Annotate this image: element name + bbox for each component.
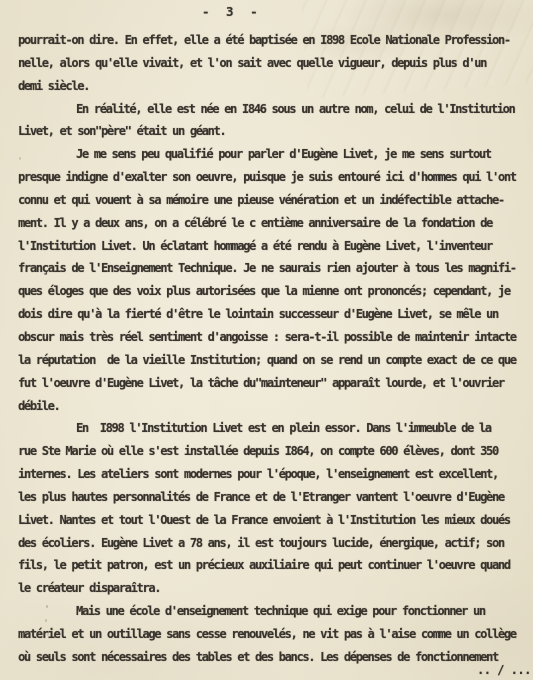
text-line: le créateur disparaîtra. [18,581,528,604]
text-line: des écoliers. Eugène Livet a 78 ans, il … [18,536,528,559]
text-line: Je me sens peu qualifié pour parler d'Eu… [18,147,528,170]
text-line: Livet. Nantes et tout l'Ouest de la Fran… [18,513,528,536]
text-line: nelle, alors qu'elle vivait, et l'on sai… [18,56,528,79]
text-line: où seuls sont nécessaires des tables et … [18,650,528,673]
page-number: - 3 - [202,4,262,19]
text-line: français de l'Enseignement Technique. Je… [18,261,528,284]
text-line: ques éloges que des voix plus autorisées… [18,284,528,307]
text-line: ment. Il y a deux ans, on a célébré le c… [18,216,528,239]
scanned-document-page: - 3 - pourrait-on dire. En effet, elle a… [0,0,533,680]
text-line: la réputation de la vieille Institution;… [18,353,528,376]
text-line: dois dire qu'à la fierté d'être le loint… [18,307,528,330]
text-line: rue Ste Marie où elle s'est installée de… [18,444,528,467]
text-line: connu et qui vouent à sa mémoire une pie… [18,193,528,216]
text-line: presque indigne d'exalter son oeuvre, pu… [18,170,528,193]
text-line: obscur mais très réel sentiment d'angois… [18,330,528,353]
text-line: matériel et un outillage sans cesse reno… [18,627,528,650]
typed-text-block: pourrait-on dire. En effet, elle a été b… [18,33,528,673]
continuation-mark: .. / ... [477,663,531,677]
text-line: Mais une école d'enseignement technique … [18,604,528,627]
text-line: pourrait-on dire. En effet, elle a été b… [18,33,528,56]
text-line: Livet, et son"père" était un géant. [18,124,528,147]
text-line: fils, le petit patron, est un précieux a… [18,558,528,581]
text-line: demi siècle. [18,79,528,102]
text-line: les plus hautes personnalités de France … [18,490,528,513]
text-line: fut l'oeuvre d'Eugène Livet, la tâche du… [18,376,528,399]
text-line: internes. Les ateliers sont modernes pou… [18,467,528,490]
text-line: En réalité, elle est née en I846 sous un… [18,102,528,125]
text-line: débile. [18,399,528,422]
text-line: l'Institution Livet. Un éclatant hommagé… [18,239,528,262]
text-line: En I898 l'Institution Livet est en plein… [18,421,528,444]
